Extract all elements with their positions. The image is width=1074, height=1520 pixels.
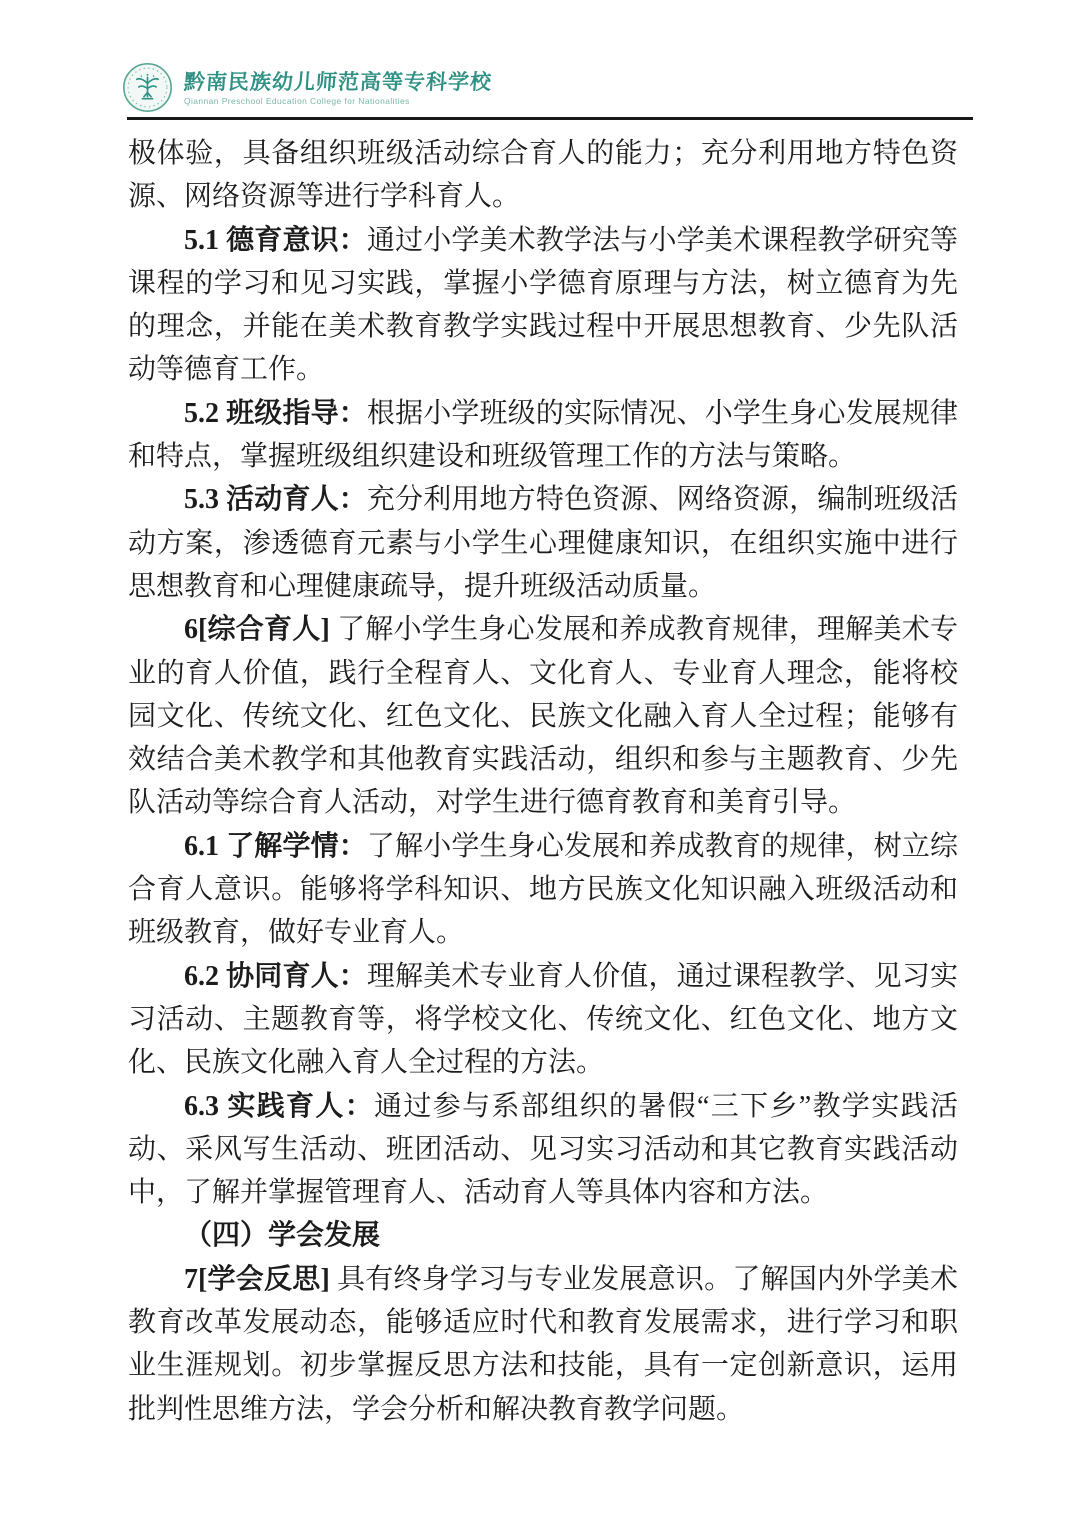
school-name-cn: 黔南民族幼儿师范高等专科学校 — [183, 70, 493, 94]
paragraph-lead: 5.2 班级指导： — [184, 398, 367, 429]
paragraph: 5.1 德育意识：通过小学美术教学法与小学美术课程教学研究等课程的学习和见习实践… — [128, 219, 958, 392]
paragraph: 5.2 班级指导：根据小学班级的实际情况、小学生身心发展规律和特点，掌握班级组织… — [128, 392, 958, 479]
paragraph: 6.3 实践育人：通过参与系部组织的暑假“三下乡”教学实践活动、采风写生活动、班… — [128, 1085, 958, 1215]
paragraph: 极体验，具备组织班级活动综合育人的能力；充分利用地方特色资源、网络资源等进行学科… — [128, 132, 958, 219]
school-seal-icon — [122, 62, 173, 113]
section-heading: （四）学会发展 — [128, 1214, 958, 1257]
paragraph: 6.1 了解学情：了解小学生身心发展和养成教育的规律，树立综合育人意识。能够将学… — [128, 825, 958, 955]
school-names: 黔南民族幼儿师范高等专科学校 Qiannan Preschool Educati… — [184, 70, 492, 106]
paragraph: 6.2 协同育人：理解美术专业育人价值，通过课程教学、见习实习活动、主题教育等，… — [128, 955, 958, 1085]
paragraph-lead: 5.1 德育意识： — [184, 225, 367, 256]
paragraph: 5.3 活动育人：充分利用地方特色资源、网络资源，编制班级活动方案，渗透德育元素… — [128, 478, 958, 608]
paragraph-text: 极体验，具备组织班级活动综合育人的能力；充分利用地方特色资源、网络资源等进行学科… — [128, 138, 958, 212]
document-page: 黔南民族幼儿师范高等专科学校 Qiannan Preschool Educati… — [0, 0, 1074, 1520]
paragraph-lead: 6.3 实践育人： — [184, 1091, 374, 1122]
paragraph: 6[综合育人] 了解小学生身心发展和养成教育规律，理解美术专业的育人价值，践行全… — [128, 608, 958, 824]
paragraph-lead: 5.3 活动育人： — [184, 484, 367, 515]
paragraph: 7[学会反思] 具有终身学习与专业发展意识。了解国内外学美术教育改革发展动态，能… — [128, 1258, 958, 1431]
paragraph-lead: 6.1 了解学情： — [184, 831, 367, 862]
paragraph-lead: 6[综合育人] — [184, 614, 330, 645]
paragraph-lead: 7[学会反思] — [184, 1264, 330, 1295]
school-name-en: Qiannan Preschool Education College for … — [184, 96, 492, 106]
school-logo: 黔南民族幼儿师范高等专科学校 Qiannan Preschool Educati… — [122, 62, 492, 113]
document-body: 极体验，具备组织班级活动综合育人的能力；充分利用地方特色资源、网络资源等进行学科… — [128, 132, 958, 1431]
paragraph-lead: 6.2 协同育人： — [184, 961, 367, 992]
header-rule — [127, 117, 973, 120]
paragraph-lead: （四）学会发展 — [184, 1220, 380, 1251]
